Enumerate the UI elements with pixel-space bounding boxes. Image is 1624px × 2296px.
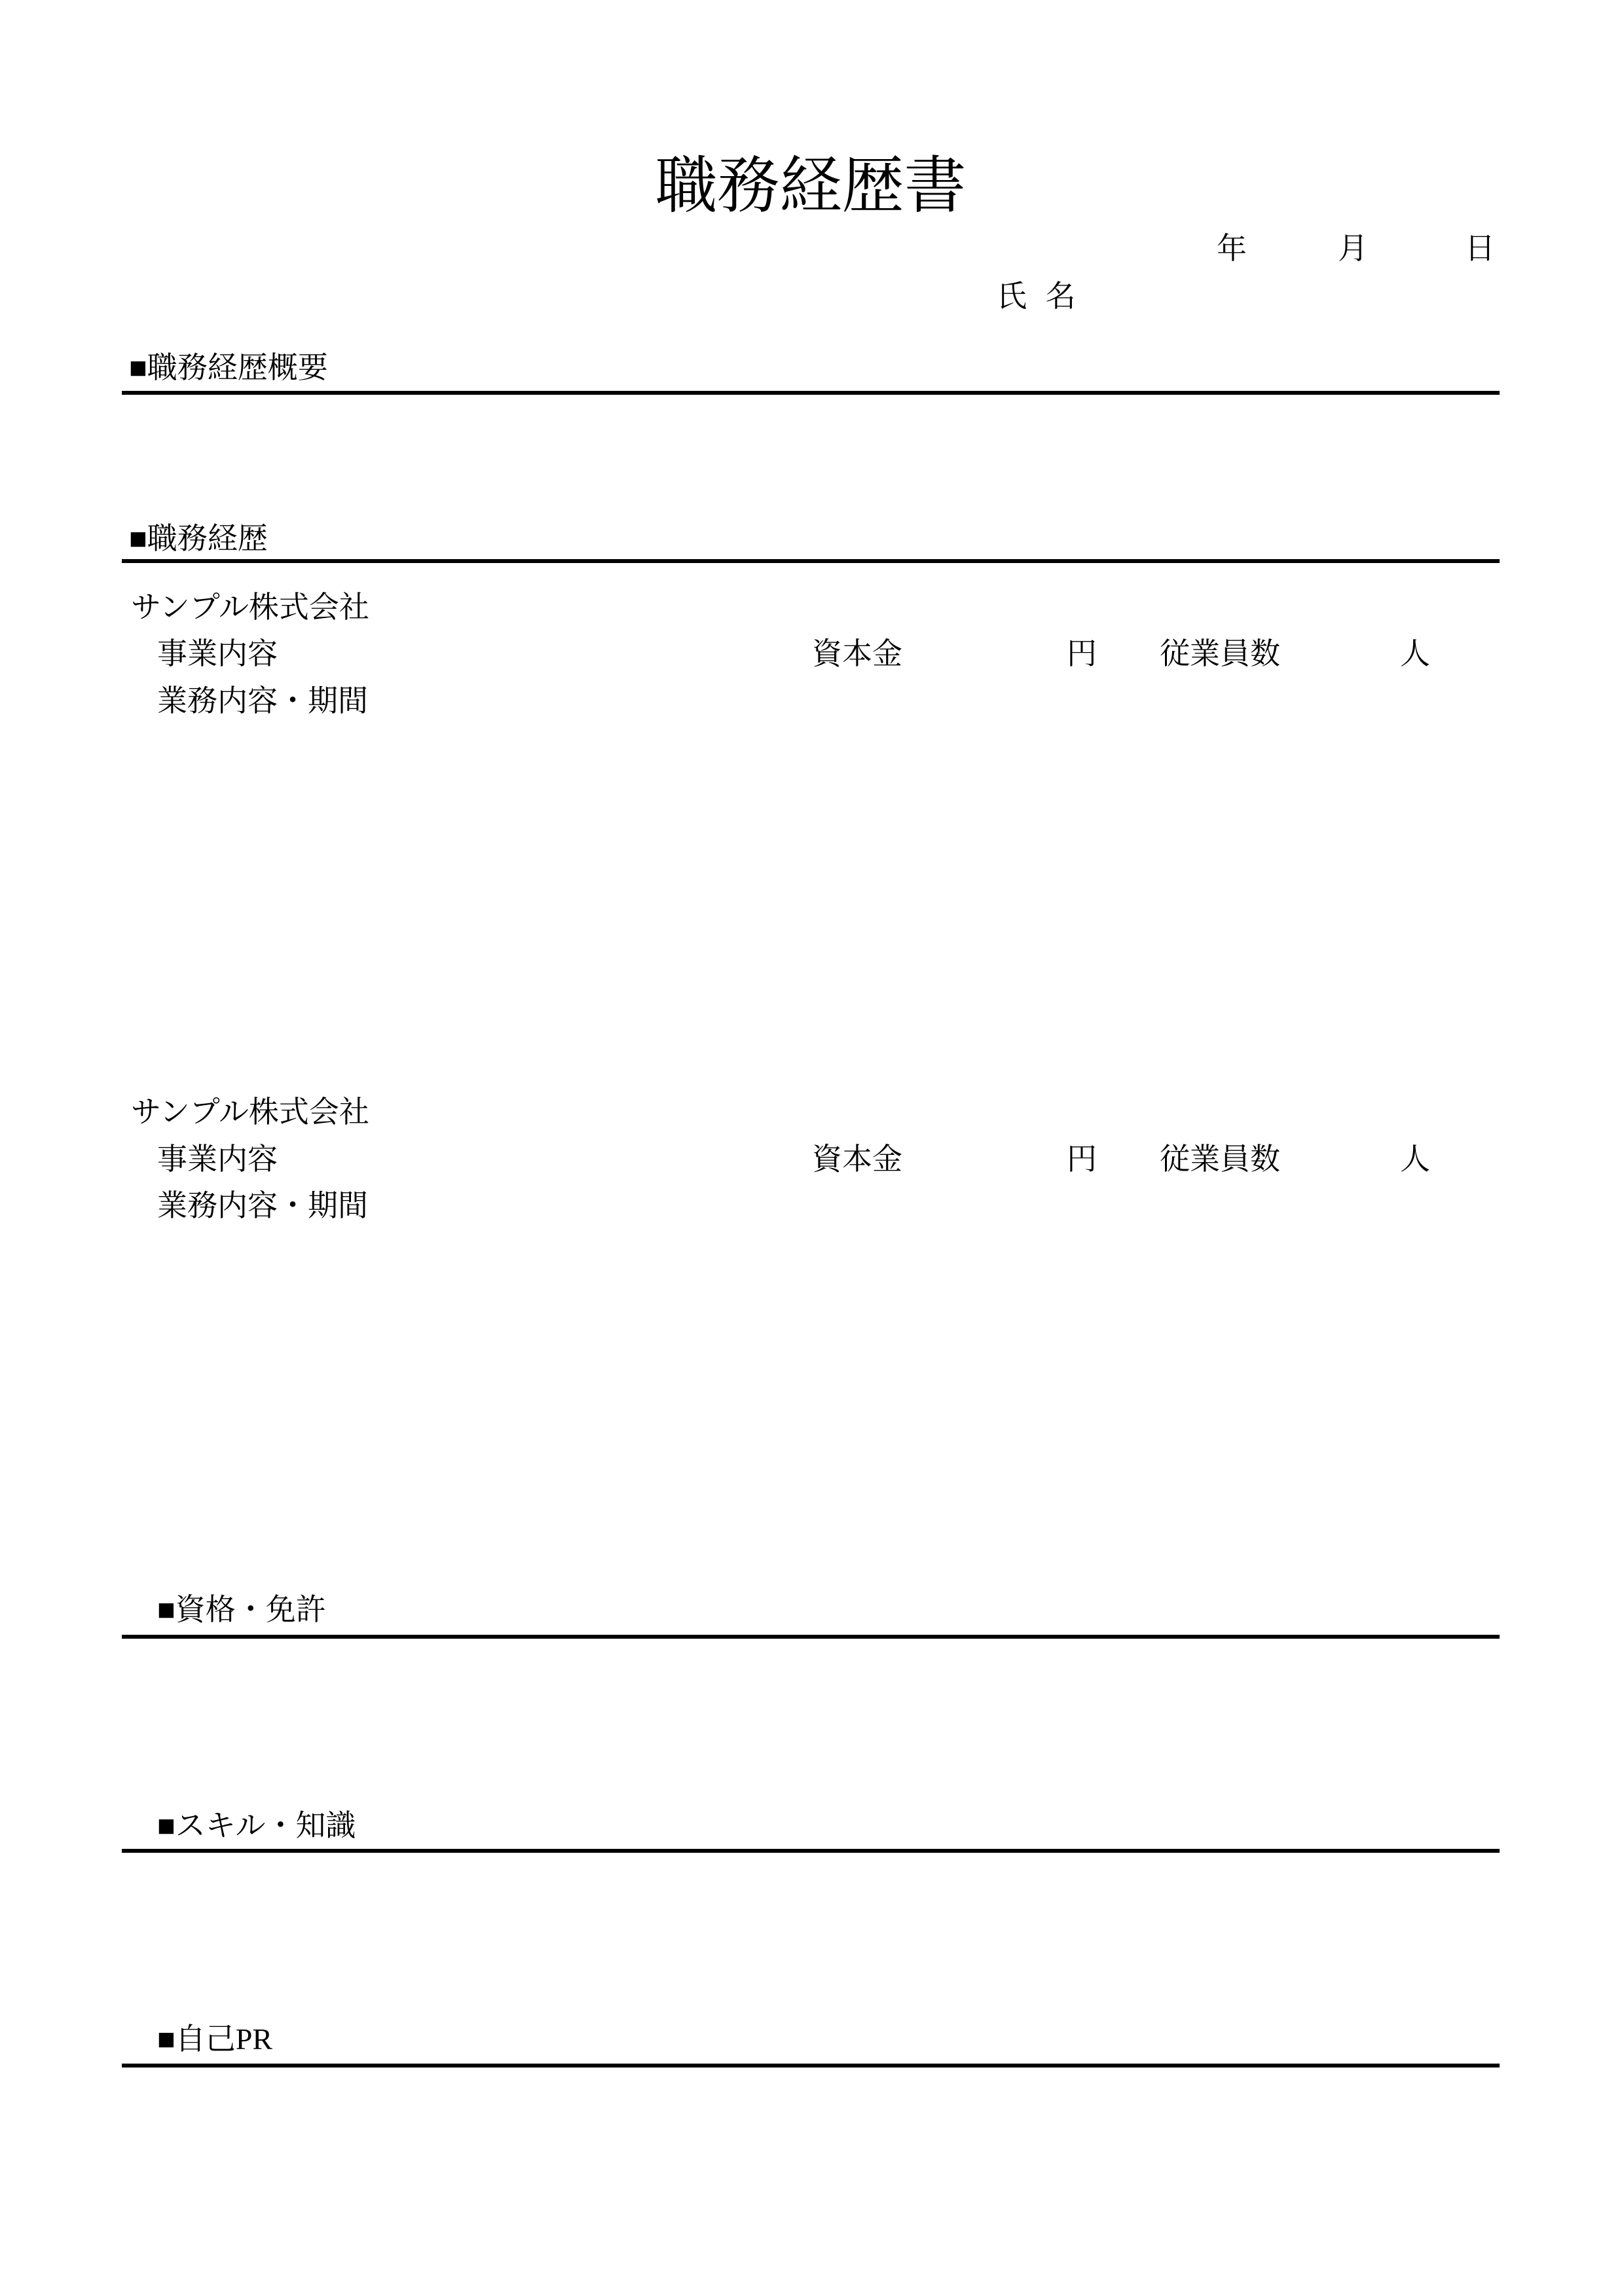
employees-label: 従業員数 (1160, 639, 1280, 669)
date-day-label: 日 (1465, 234, 1495, 264)
rule-under-qualifications (122, 1635, 1500, 1639)
duties-label: 業務内容・期間 (157, 686, 368, 716)
employees-unit-label: 人 (1400, 639, 1430, 669)
section-heading-skills: ■スキル・知識 (157, 1811, 356, 1841)
company-name: サンプル株式会社 (131, 592, 369, 623)
company-name: サンプル株式会社 (131, 1097, 369, 1127)
capital-unit-label: 円 (1067, 639, 1097, 669)
rule-under-history (122, 559, 1500, 563)
name-label: 氏 名 (997, 282, 1076, 312)
business-label: 事業内容 (157, 1144, 278, 1175)
resume-page: 職務経歴書 年 月 日 氏 名 ■職務経歴概要 ■職務経歴 サンプル株式会社 事… (0, 0, 1624, 2296)
rule-under-summary (122, 391, 1500, 395)
duties-label: 業務内容・期間 (157, 1191, 368, 1221)
section-heading-self-pr: ■自己PR (157, 2024, 272, 2054)
section-heading-summary: ■職務経歴概要 (129, 353, 328, 383)
rule-under-self-pr (122, 2064, 1500, 2068)
employees-label: 従業員数 (1160, 1144, 1280, 1175)
section-heading-qualifications: ■資格・免許 (157, 1595, 326, 1625)
capital-label: 資本金 (812, 639, 902, 669)
employees-unit-label: 人 (1400, 1144, 1430, 1175)
capital-unit-label: 円 (1067, 1144, 1097, 1175)
capital-label: 資本金 (812, 1144, 902, 1175)
page-title: 職務経歴書 (122, 155, 1500, 217)
date-month-label: 月 (1338, 234, 1368, 264)
business-label: 事業内容 (157, 639, 278, 669)
rule-under-skills (122, 1849, 1500, 1853)
date-year-label: 年 (1217, 234, 1247, 264)
section-heading-history: ■職務経歴 (129, 524, 268, 554)
